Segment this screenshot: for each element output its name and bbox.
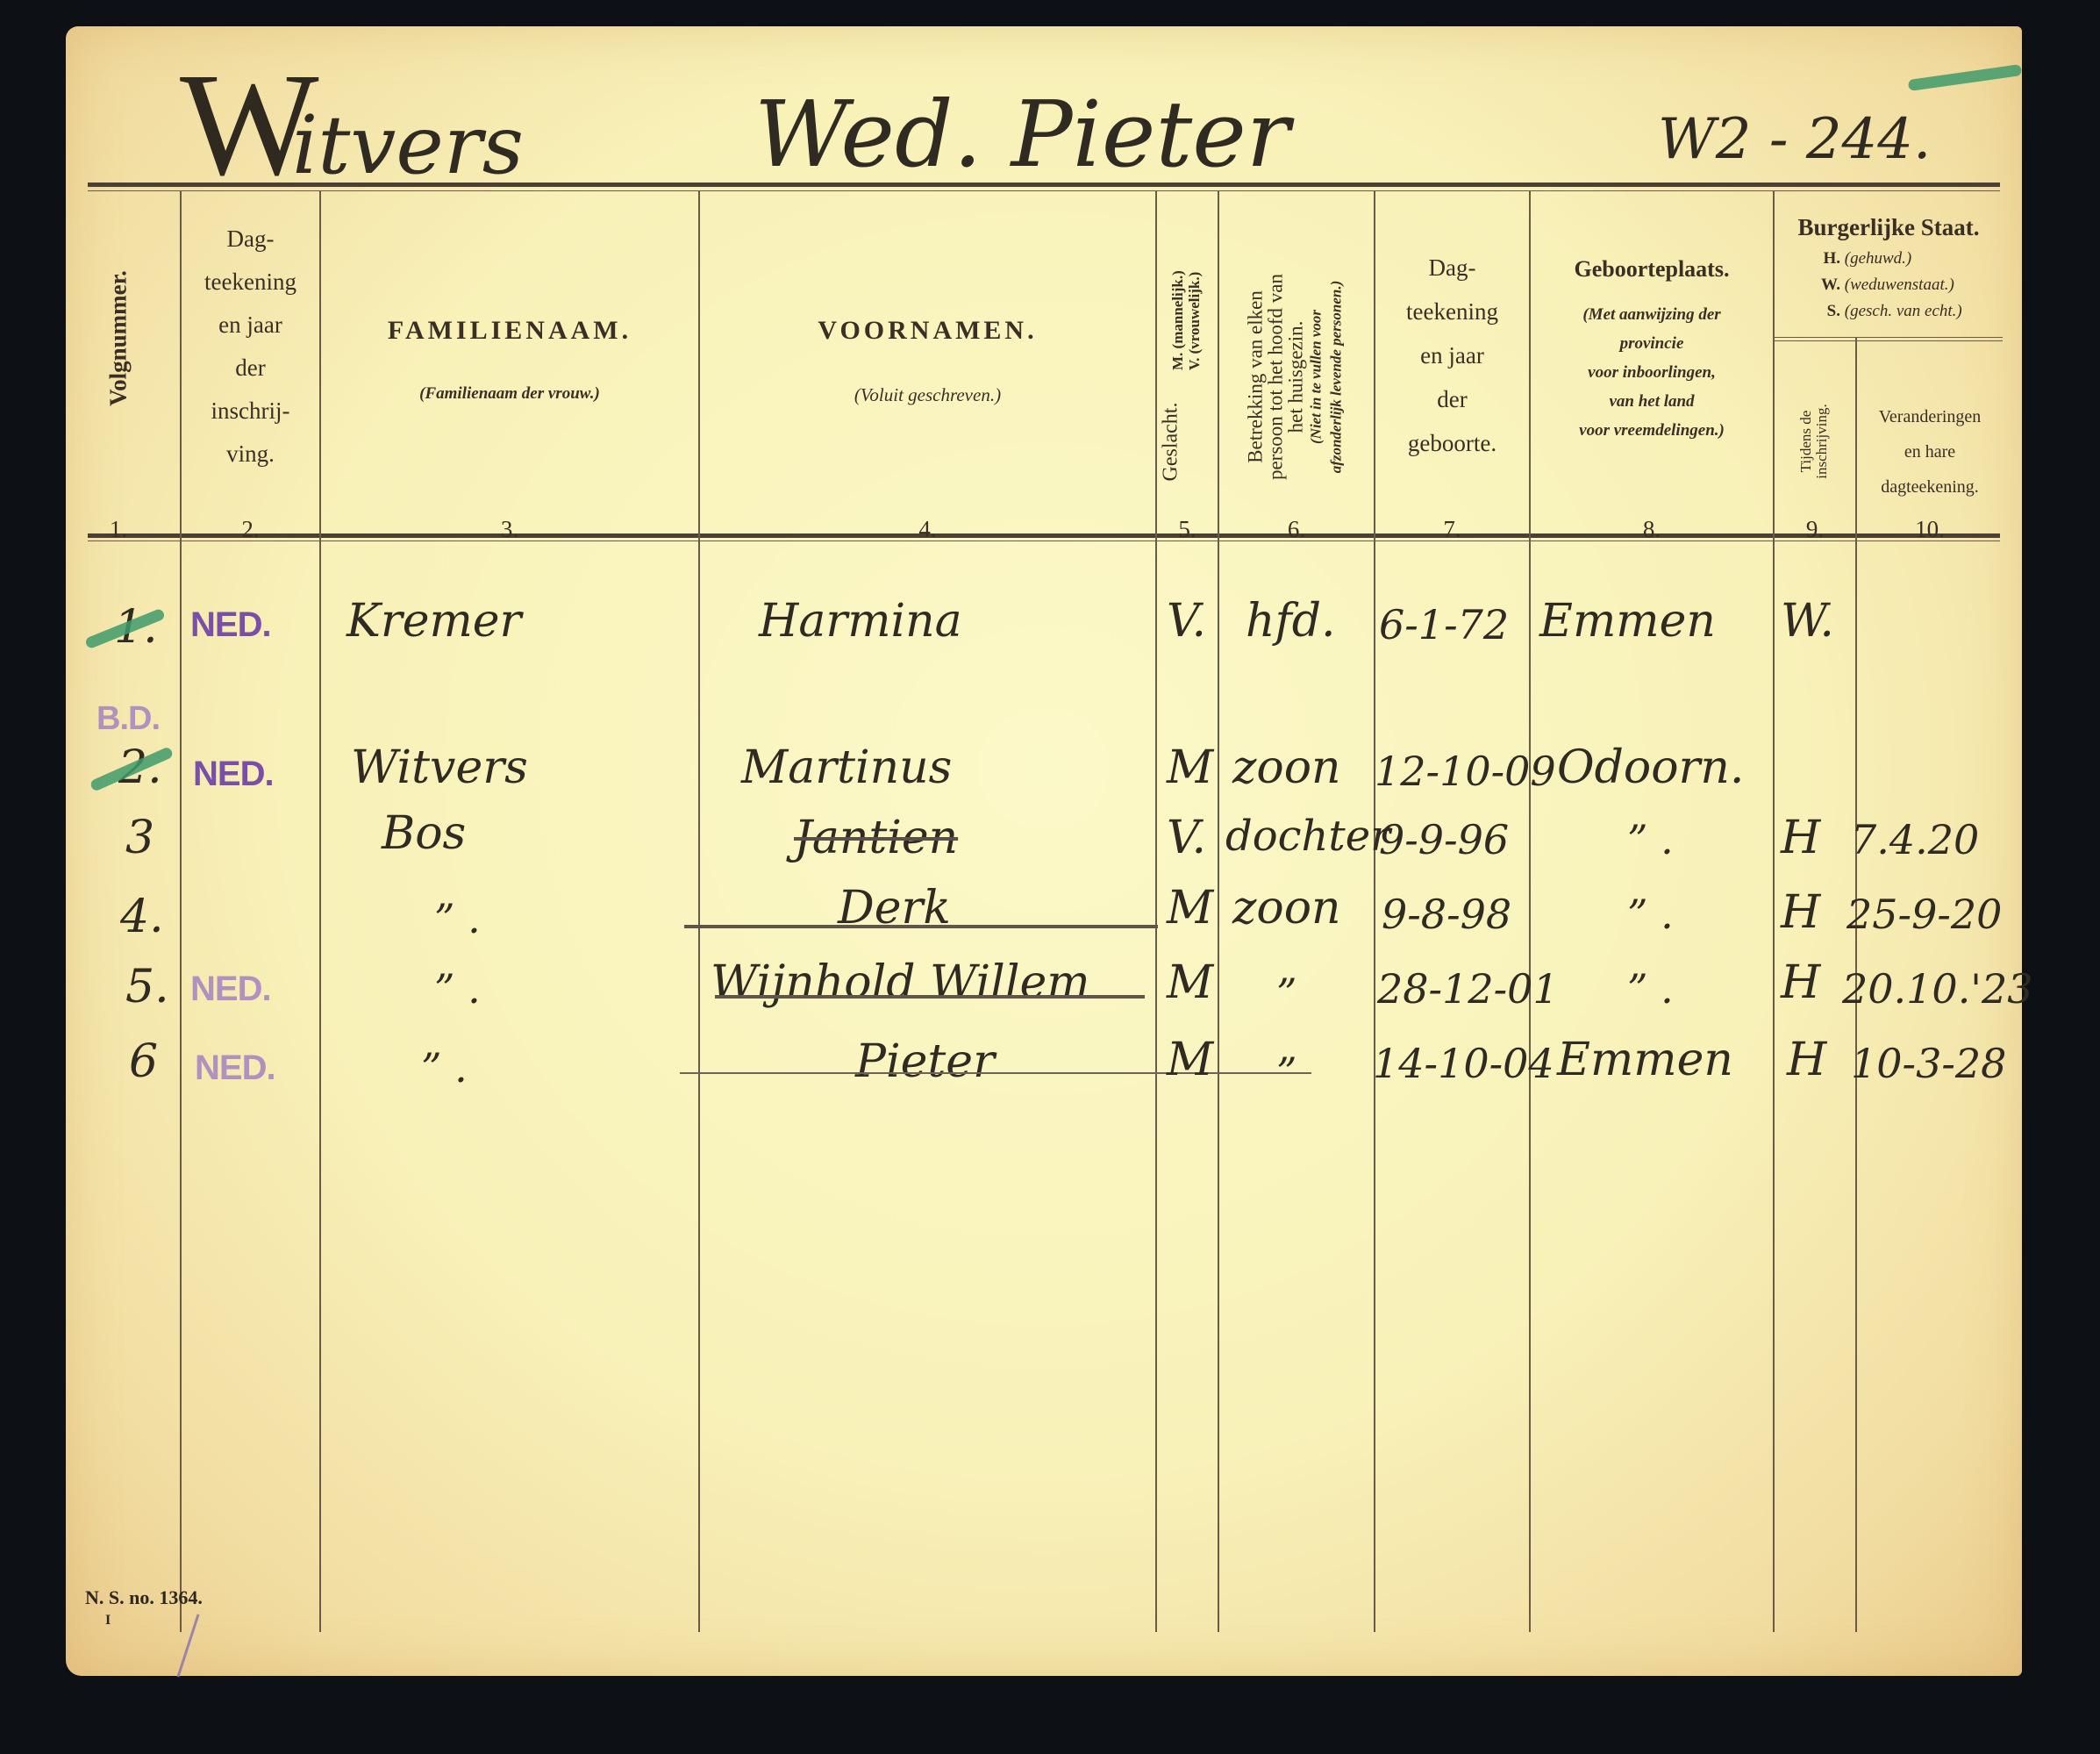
- row-2-birthplace: Odoorn.: [1557, 741, 1744, 794]
- meaning: (weduwenstaat.): [1845, 276, 1954, 294]
- title-family-name-handwritten: itvers: [292, 98, 524, 192]
- row-6-nr: 6: [129, 1035, 158, 1088]
- row-3-nr: 3: [125, 812, 154, 864]
- column-number-4: 4.: [700, 516, 1155, 543]
- column-number-7: 7.: [1375, 516, 1529, 543]
- row-3-surname: Bos: [382, 807, 466, 860]
- row-3-birth-date: 9-9-96: [1379, 816, 1509, 863]
- row-6-birthplace: Emmen: [1557, 1034, 1733, 1086]
- row-4-relation: zoon: [1232, 882, 1341, 934]
- header-geboorteplaats-sub: (Met aanwijzing der provincie voor inboo…: [1531, 300, 1773, 445]
- meaning: (gesch. van echt.): [1845, 302, 1962, 320]
- row-6-ned-stamp: NED.: [195, 1049, 275, 1088]
- header-line: teekening: [1375, 290, 1529, 333]
- header-line: (Niet in te vullen voor: [1306, 228, 1326, 526]
- row-5-relation: ”: [1276, 970, 1297, 1017]
- header-familienaam: FAMILIENAAM.: [321, 316, 698, 346]
- header-line: Dag-: [1375, 246, 1529, 290]
- header-line: teekening: [182, 261, 319, 304]
- column-number-9: 9.: [1775, 516, 1855, 543]
- row-3-given-name: Jantien: [794, 812, 958, 864]
- row-3-relation: dochter: [1225, 812, 1390, 861]
- row-6-surname: ” .: [421, 1044, 468, 1092]
- code: H.: [1807, 246, 1840, 272]
- header-line: dagteekening.: [1857, 469, 2003, 505]
- column-number-3: 3.: [321, 516, 698, 543]
- row-2-sex: M: [1167, 741, 1213, 794]
- form-number-sub: I: [105, 1613, 111, 1629]
- row-4-status: H: [1781, 886, 1820, 939]
- green-pencil-mark: [1908, 64, 2023, 91]
- column-divider: [1773, 191, 1775, 1632]
- row-4-strikethrough: [684, 925, 1158, 928]
- code: W.: [1807, 272, 1840, 298]
- header-volgnummer: Volgnummer.: [105, 242, 132, 435]
- row-2-given-name: Martinus: [741, 741, 952, 794]
- row-5-birthplace: ” .: [1627, 965, 1674, 1013]
- header-tijdens-inschrijving: Tijdens de inschrijving.: [1798, 389, 1830, 494]
- row-4-sex: M: [1167, 882, 1213, 934]
- row-5-birth-date: 28-12-01: [1377, 965, 1559, 1013]
- header-dagteekening-geboorte: Dag- teekening en jaar der geboorte.: [1375, 246, 1529, 465]
- form-number: N. S. no. 1364.: [85, 1586, 203, 1609]
- row-1-ned-stamp: NED.: [190, 605, 271, 645]
- row-5-given-name: Wijnhold Willem: [711, 956, 1090, 1009]
- header-line: van het land: [1531, 387, 1773, 416]
- header-betrekking: Betrekking van elken persoon tot het hoo…: [1246, 228, 1346, 526]
- row-5-strikethrough: [715, 995, 1145, 999]
- row-5-status: H: [1781, 956, 1820, 1009]
- row-3-sex: V.: [1167, 812, 1206, 864]
- row-6-relation: ”: [1276, 1049, 1297, 1096]
- row-5-ned-stamp: NED.: [190, 970, 271, 1009]
- column-number-8: 8.: [1531, 516, 1773, 543]
- column-number-2: 2.: [182, 516, 319, 543]
- row-1-surname: Kremer: [346, 595, 521, 648]
- row-3-changes: 7.4.20: [1851, 816, 1979, 863]
- civil-status-code-h: H. (gehuwd.): [1807, 246, 2000, 272]
- header-geslacht: Geslacht.: [1160, 385, 1183, 499]
- header-top-rule: [88, 183, 2000, 187]
- header-line: afzonderlijk levende personen.): [1326, 228, 1346, 526]
- header-burgerlijke-staat: Burgerlijke Staat.: [1775, 214, 2003, 241]
- header-line: ving.: [182, 433, 319, 476]
- civil-status-code-w: W. (weduwenstaat.): [1807, 272, 2000, 298]
- civil-status-subrule: [1773, 337, 2003, 341]
- row-2-surname: Witvers: [351, 741, 528, 794]
- header-line: en jaar: [182, 304, 319, 347]
- row-5-changes: 20.10.'23: [1842, 965, 2033, 1013]
- row-4-surname: ” .: [434, 895, 481, 942]
- header-line: en hare: [1857, 434, 2003, 469]
- column-divider: [698, 191, 700, 1632]
- row-6-status: H: [1787, 1034, 1826, 1086]
- header-dagteekening-inschrijving: Dag- teekening en jaar der inschrij- vin…: [182, 218, 319, 476]
- header-geboorteplaats: Geboorteplaats.: [1531, 256, 1773, 283]
- row-1-relation: hfd.: [1246, 595, 1336, 648]
- row-3-status: H: [1781, 812, 1820, 864]
- row-4-birthplace: ” .: [1627, 891, 1674, 938]
- header-line: Betrekking van elken: [1246, 228, 1266, 526]
- header-geslacht-m: M. (mannelijk.): [1169, 212, 1187, 370]
- header-top-rule-thin: [88, 190, 2000, 191]
- column-number-6: 6.: [1219, 516, 1374, 543]
- row-1-birthplace: Emmen: [1539, 595, 1716, 648]
- row-4-nr: 4.: [120, 891, 164, 943]
- row-1-sex: V.: [1167, 595, 1206, 648]
- header-voornamen-sub: (Voluit geschreven.): [700, 384, 1155, 406]
- row-5-surname: ” .: [434, 965, 481, 1013]
- column-number-1: 1.: [92, 516, 145, 543]
- row-3-birthplace: ” .: [1627, 816, 1674, 863]
- header-veranderingen: Veranderingen en hare dagteekening.: [1857, 399, 2003, 505]
- header-familienaam-sub: (Familienaam der vrouw.): [321, 384, 698, 404]
- header-geslacht-v: V. (vrouwelijk.): [1186, 212, 1204, 370]
- header-line: der: [1375, 377, 1529, 421]
- population-register-card: W itvers Wed. Pieter W2 - 244. Volgnumme…: [66, 26, 2022, 1676]
- header-line: voor vreemdelingen.): [1531, 416, 1773, 445]
- row-6-birth-date: 14-10-04: [1373, 1040, 1554, 1087]
- bd-stamp: B.D.: [96, 700, 160, 738]
- column-divider: [1218, 191, 1219, 1632]
- header-line: geboorte.: [1375, 421, 1529, 465]
- row-2-ned-stamp: NED.: [193, 755, 274, 794]
- title-reference-number: W2 - 244.: [1658, 107, 1931, 172]
- header-line: inschrijving.: [1814, 389, 1830, 494]
- civil-status-legend: H. (gehuwd.) W. (weduwenstaat.) S. (gesc…: [1807, 246, 2000, 325]
- row-6-changes: 10-3-28: [1851, 1040, 2006, 1087]
- header-line: (Met aanwijzing der: [1531, 300, 1773, 329]
- row-5-sex: M: [1167, 956, 1213, 1009]
- row-5-nr: 5.: [125, 961, 169, 1013]
- header-line: het huisgezin.: [1286, 228, 1306, 526]
- geslacht-divider: [1180, 364, 1183, 365]
- header-line: provincie: [1531, 329, 1773, 358]
- row-1-given-name: Harmina: [759, 595, 962, 648]
- header-line: en jaar: [1375, 333, 1529, 377]
- column-number-10: 10.: [1857, 516, 2003, 543]
- column-divider: [1155, 191, 1157, 1632]
- meaning: (gehuwd.): [1845, 249, 1912, 268]
- column-divider: [319, 191, 321, 1632]
- header-line: der: [182, 347, 319, 390]
- title-household-head: Wed. Pieter: [754, 81, 1290, 188]
- row-1-birth-date: 6-1-72: [1379, 601, 1509, 648]
- code: S.: [1807, 298, 1840, 325]
- row-4-birth-date: 9-8-98: [1382, 891, 1511, 938]
- row-6-strikethrough: [680, 1072, 1311, 1074]
- row-6-given-name: Pieter: [855, 1035, 995, 1088]
- header-line: persoon tot het hoofd van: [1266, 228, 1286, 526]
- header-line: voor inboorlingen,: [1531, 358, 1773, 387]
- row-6-sex: M: [1167, 1034, 1213, 1086]
- column-number-5: 5.: [1157, 516, 1218, 543]
- row-1-status: W.: [1781, 595, 1834, 648]
- header-line: Tijdens de: [1798, 389, 1814, 494]
- header-line: inschrij-: [182, 390, 319, 433]
- header-voornamen: VOORNAMEN.: [700, 316, 1155, 346]
- civil-status-code-s: S. (gesch. van echt.): [1807, 298, 2000, 325]
- row-4-changes: 25-9-20: [1846, 891, 2002, 938]
- row-2-relation: zoon: [1232, 741, 1341, 794]
- header-line: Dag-: [182, 218, 319, 261]
- row-2-birth-date: 12-10-09: [1375, 748, 1556, 795]
- header-line: Veranderingen: [1857, 399, 2003, 434]
